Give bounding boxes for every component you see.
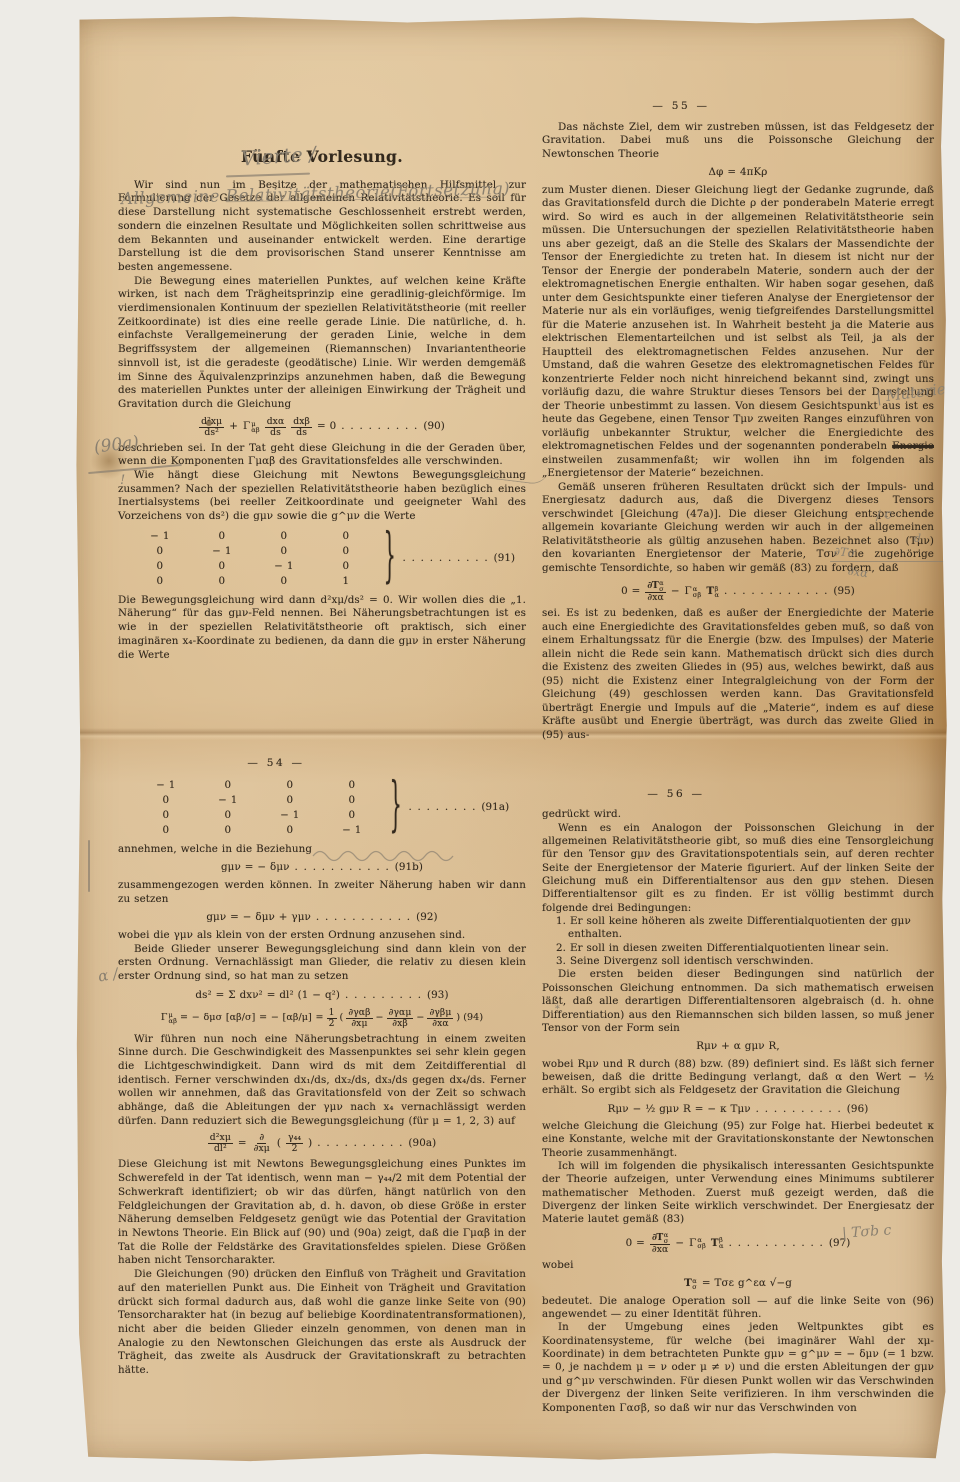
handwritten-d: d xyxy=(914,532,921,545)
subscript: α xyxy=(714,592,719,598)
equation-93: ds² = Σ dxν² = dl² (1 − q²). . . . . . .… xyxy=(118,989,526,1003)
struck-word: Energie xyxy=(892,440,934,452)
paragraph: Die Bewegungsgleichung wird dann d²xμ/ds… xyxy=(118,594,526,663)
matrix-cell: 0 xyxy=(135,823,197,838)
operator: = xyxy=(238,1137,247,1151)
dot-leader: . . . . . . . . . . xyxy=(317,1137,403,1151)
page-number: — 56 — xyxy=(480,788,872,801)
matrix-cell: − 1 xyxy=(321,823,383,838)
matrix-cell: 0 xyxy=(129,574,191,589)
paragraph: wobei Rμν und R durch (88) bzw. (89) def… xyxy=(542,1058,934,1098)
denominator: ∂xβ xyxy=(390,1019,410,1029)
eq-lhs: 0 = xyxy=(626,1237,645,1250)
dot-leader: . . . . . . . . . xyxy=(341,420,418,434)
matrix-cell: 0 xyxy=(191,574,253,589)
base: Γ xyxy=(685,585,692,599)
matrix-cell: 0 xyxy=(259,778,321,793)
handwritten-slash-c: / c xyxy=(875,507,893,524)
denominator: ∂xα xyxy=(430,1019,450,1029)
denominator: dl² xyxy=(212,1144,229,1154)
dot-leader: . . . . . . . . . xyxy=(345,989,422,1003)
equation-number: (90a) xyxy=(408,1137,436,1151)
subscript: σβ xyxy=(697,1243,706,1249)
matrix-cell: 0 xyxy=(197,778,259,793)
equation-body: Rμν + α gμν R, xyxy=(696,1040,780,1053)
matrix-cell: 0 xyxy=(321,808,383,823)
paragraph: welche Gleichung die Gleichung (95) zur … xyxy=(542,1120,934,1160)
gamma-symbol: Γασβ xyxy=(689,1237,706,1250)
paragraph: wobei xyxy=(542,1259,934,1272)
fraction: dxαds xyxy=(265,417,287,438)
numerator: d²xμ xyxy=(199,417,224,428)
fraction: ∂Tασ∂xα xyxy=(650,1232,670,1255)
numerator: dxα xyxy=(265,417,287,428)
equation-number: (96) xyxy=(847,1103,869,1116)
fraction: d²xμdl² xyxy=(208,1133,233,1154)
handwritten-fraction-denominator: ∂xα xyxy=(847,564,869,581)
pencil-margin-line xyxy=(88,840,90,892)
gamma-symbol: Γμαβ xyxy=(243,420,260,434)
denominator: ∂xα xyxy=(645,593,665,603)
paragraph: wobei die γμν als klein von der ersten O… xyxy=(118,929,526,943)
paragraph-text: zum Muster dienen. Dieser Gleichung lieg… xyxy=(542,184,934,453)
numerator: ∂γαμ xyxy=(387,1008,414,1019)
matrix-cell: − 1 xyxy=(253,559,315,574)
fraction: ∂Tασ∂xα xyxy=(645,580,665,603)
matrix-cell: 0 xyxy=(129,559,191,574)
numerator: ∂γβμ xyxy=(427,1008,453,1019)
matrix-cell: 0 xyxy=(315,529,377,544)
equation-92: gμν = − δμν + γμν. . . . . . . . . . .(9… xyxy=(118,911,526,925)
matrix-brace: } xyxy=(390,781,402,834)
page-number: — 54 — xyxy=(72,757,480,771)
fraction: ∂∂xμ xyxy=(252,1133,272,1154)
operator: − xyxy=(376,1011,384,1025)
fraction: d²xμds² xyxy=(199,417,224,438)
fraction: γ₄₄2 xyxy=(286,1133,303,1154)
denominator: ds xyxy=(268,428,283,438)
denominator: ds xyxy=(294,428,309,438)
equation-91a-matrix: − 1000 0− 100 00− 10 000− 1 } . . . . . … xyxy=(118,778,526,839)
dot-leader: . . . . . . . . xyxy=(408,801,476,815)
matrix-cell: − 1 xyxy=(259,808,321,823)
paren: ) xyxy=(308,1137,312,1151)
denominator: ∂xμ xyxy=(252,1144,272,1154)
column-page-55: — 55 — Das nächste Ziel, dem wir zustreb… xyxy=(542,100,934,742)
equation-91b: gμν = − δμν. . . . . . . . . . .(91b) xyxy=(118,861,526,875)
paren: ( xyxy=(340,1011,344,1025)
matrix-cell: 0 xyxy=(315,544,377,559)
base: T xyxy=(706,585,713,599)
matrix-cell: − 1 xyxy=(135,778,197,793)
operator: − xyxy=(416,1011,424,1025)
equals-zero: = 0 xyxy=(317,420,336,434)
condition-item: 2. Er soll in diesen zweiten Differentia… xyxy=(542,942,934,955)
denominator: ds² xyxy=(202,428,221,438)
equation-number: (93) xyxy=(427,989,449,1003)
paragraph: Beide Glieder unserer Bewegungsgleichung… xyxy=(118,943,526,984)
tensor-symbol: Tβα xyxy=(711,1237,724,1250)
base: T xyxy=(711,1237,718,1250)
subscript: αβ xyxy=(251,427,259,433)
matrix-cell: 0 xyxy=(259,793,321,808)
condition-item: 1. Er soll keine höheren als zweite Diff… xyxy=(542,915,934,942)
gamma-symbol: Γμαβ xyxy=(161,1011,177,1025)
gamma-symbol: Γασβ xyxy=(685,585,702,599)
base: Γ xyxy=(689,1237,696,1250)
matrix-cell: 0 xyxy=(129,544,191,559)
matrix-cell: 0 xyxy=(253,529,315,544)
equation-96: Rμν − ½ gμν R = − κ Tμν. . . . . . . . .… xyxy=(542,1103,934,1116)
fraction: dxβds xyxy=(291,417,312,438)
paren: ( xyxy=(277,1137,281,1151)
matrix-cell: 0 xyxy=(191,559,253,574)
matrix: − 1000 0− 100 00− 10 000− 1 xyxy=(135,778,383,839)
paragraph: Die Gleichungen (90) drücken den Einfluß… xyxy=(118,1268,526,1378)
paragraph: sei. Es ist zu bedenken, daß es außer de… xyxy=(542,607,934,742)
equation-number: (94) xyxy=(463,1011,483,1025)
paragraph: Wir führen nun noch eine Näherungsbetrac… xyxy=(118,1033,526,1129)
paragraph: Das nächste Ziel, dem wir zustreben müss… xyxy=(542,121,934,162)
paragraph: Ich will im folgenden die physikalisch i… xyxy=(542,1160,934,1227)
matrix-cell: 1 xyxy=(315,574,377,589)
denominator: 2 xyxy=(290,1144,300,1154)
paren: ) xyxy=(456,1011,460,1025)
eq-middle: = − δμσ [αβ/σ] = − [αβ/μ] = xyxy=(180,1011,324,1025)
fraction: ∂γαμ∂xβ xyxy=(387,1008,414,1029)
paragraph: bedeutet. Die analoge Operation soll — a… xyxy=(542,1295,934,1322)
equation-body: Δφ = 4πKρ xyxy=(709,166,768,180)
numerator: 1 xyxy=(327,1008,337,1019)
equation-body: ds² = Σ dxν² = dl² (1 − q²) xyxy=(195,989,340,1003)
handwritten-fraction-numerator: ∂Tσ xyxy=(833,544,856,560)
paragraph: zusammengezogen werden können. In zweite… xyxy=(118,879,526,906)
matrix-cell: 0 xyxy=(191,529,253,544)
numerator: ∂Tασ xyxy=(645,580,665,593)
equation-95: 0 = ∂Tασ∂xα − Γασβ Tβα . . . . . . . . .… xyxy=(542,580,934,603)
equation-form: Rμν + α gμν R, xyxy=(542,1040,934,1053)
operator: − xyxy=(675,1237,684,1250)
matrix-cell: 0 xyxy=(135,808,197,823)
equation-90: d²xμds² + Γμαβ dxαds dxβds = 0 . . . . .… xyxy=(118,417,526,438)
dot-leader: . . . . . . . . . . xyxy=(756,1103,842,1116)
column-title-page: Fünfte Vorlesung. Wir sind nun im Besitz… xyxy=(118,150,526,662)
equation-number: (90) xyxy=(423,420,445,434)
paragraph: gedrückt wird. xyxy=(542,808,934,821)
equation-number: (91a) xyxy=(481,801,509,815)
page-number: — 55 — xyxy=(485,100,877,114)
dot-leader: . . . . . . . . . . xyxy=(402,552,488,566)
paragraph: Diese Gleichung ist mit Newtons Bewegung… xyxy=(118,1158,526,1268)
matrix-cell: − 1 xyxy=(129,529,191,544)
equation-body: gμν = − δμν + γμν xyxy=(206,911,311,925)
equation-number: (91) xyxy=(494,552,516,566)
base: Γ xyxy=(161,1011,168,1025)
matrix-cell: 0 xyxy=(253,574,315,589)
equation-number: (92) xyxy=(416,911,438,925)
operator: − xyxy=(671,585,680,599)
equation-91-matrix: − 1000 0− 100 00− 10 0001 } . . . . . . … xyxy=(118,529,526,590)
matrix-cell: 0 xyxy=(321,793,383,808)
base: Γ xyxy=(243,420,250,434)
matrix-brace: } xyxy=(384,533,396,586)
denominator: ∂xμ xyxy=(349,1019,369,1029)
fraction: ∂γαβ∂xμ xyxy=(346,1008,372,1029)
eq-lhs: 0 = xyxy=(621,585,640,599)
paragraph: Wenn es ein Analogon der Poissonschen Gl… xyxy=(542,822,934,915)
equation-number: (95) xyxy=(833,585,855,599)
numerator: ∂Tασ xyxy=(650,1232,670,1245)
operator: + xyxy=(229,420,238,434)
matrix-cell: 0 xyxy=(197,823,259,838)
denominator: ∂xα xyxy=(650,1245,670,1255)
matrix-cell: 0 xyxy=(321,778,383,793)
equation-90a: d²xμdl² = ∂∂xμ ( γ₄₄2 ) . . . . . . . . … xyxy=(118,1133,526,1154)
equation-body: gμν = − δμν xyxy=(221,861,290,875)
matrix-cell: − 1 xyxy=(191,544,253,559)
dot-leader: . . . . . . . . . . . xyxy=(295,861,390,875)
paragraph: Die Bewegung eines materiellen Punktes, … xyxy=(118,275,526,412)
paragraph-text: einstweilen zusammenfaßt; wir wollen ihn… xyxy=(542,454,934,480)
numerator: dxβ xyxy=(291,417,312,428)
base: T xyxy=(684,1277,691,1290)
subscript: α xyxy=(719,1243,724,1249)
equation-poisson: Δφ = 4πKρ xyxy=(542,166,934,180)
tensor-symbol: Tασ xyxy=(684,1277,697,1290)
lecture-title: Fünfte Vorlesung. xyxy=(118,150,526,164)
equation-body: = Tσε g^εα √−g xyxy=(702,1277,792,1290)
matrix-cell: 0 xyxy=(135,793,197,808)
fraction: 12 xyxy=(327,1008,337,1029)
handwritten-asterisk: ∗ xyxy=(554,1002,561,1013)
dot-leader: . . . . . . . . . . . . xyxy=(724,585,828,599)
subscript: σ xyxy=(692,1284,697,1290)
equation-body: Rμν − ½ gμν R = − κ Tμν xyxy=(608,1103,751,1116)
condition-item: 3. Seine Divergenz soll identisch versch… xyxy=(542,955,934,968)
equation-tensor-density: Tασ = Tσε g^εα √−g xyxy=(542,1277,934,1290)
paragraph: In der Umgebung eines jeden Weltpunktes … xyxy=(542,1321,934,1414)
tensor-density: ∂T xyxy=(652,1233,663,1243)
matrix-cell: 0 xyxy=(315,559,377,574)
paragraph: zum Muster dienen. Dieser Gleichung lieg… xyxy=(542,184,934,481)
handwritten-alpha: α / xyxy=(97,964,120,985)
numerator: ∂γαβ xyxy=(346,1008,372,1019)
matrix-cell: 0 xyxy=(259,823,321,838)
denominator: 2 xyxy=(327,1019,337,1029)
handwritten-exclamation: ! xyxy=(120,473,125,488)
pencil-arrow-head xyxy=(944,558,951,564)
matrix: − 1000 0− 100 00− 10 0001 xyxy=(129,529,377,590)
column-page-56: — 56 — gedrückt wird. Wenn es ein Analog… xyxy=(542,788,934,1415)
matrix-cell: 0 xyxy=(253,544,315,559)
equation-number: (91b) xyxy=(395,861,423,875)
tensor-symbol: Tβα xyxy=(706,585,719,599)
subscript: αβ xyxy=(169,1018,177,1024)
tensor-density: ∂T xyxy=(647,581,658,591)
matrix-cell: − 1 xyxy=(197,793,259,808)
manuscript-page: Fünfte Vorlesung. Wir sind nun im Besitz… xyxy=(76,16,948,1464)
dot-leader: . . . . . . . . . . . xyxy=(729,1237,824,1250)
matrix-cell: 0 xyxy=(197,808,259,823)
handwritten-note-97: | Tσb c xyxy=(842,1222,892,1241)
paragraph: Die ersten beiden dieser Bedingungen sin… xyxy=(542,968,934,1035)
subscript: σβ xyxy=(693,592,702,598)
pencil-squiggle-over-91b xyxy=(311,846,476,862)
paragraph: Wie hängt diese Gleichung mit Newtons Be… xyxy=(118,469,526,524)
dot-leader: . . . . . . . . . . . xyxy=(316,911,411,925)
fraction: ∂γβμ∂xα xyxy=(427,1008,453,1029)
equation-94: Γμαβ = − δμσ [αβ/σ] = − [αβ/μ] = 12 ( ∂γ… xyxy=(118,1008,526,1029)
